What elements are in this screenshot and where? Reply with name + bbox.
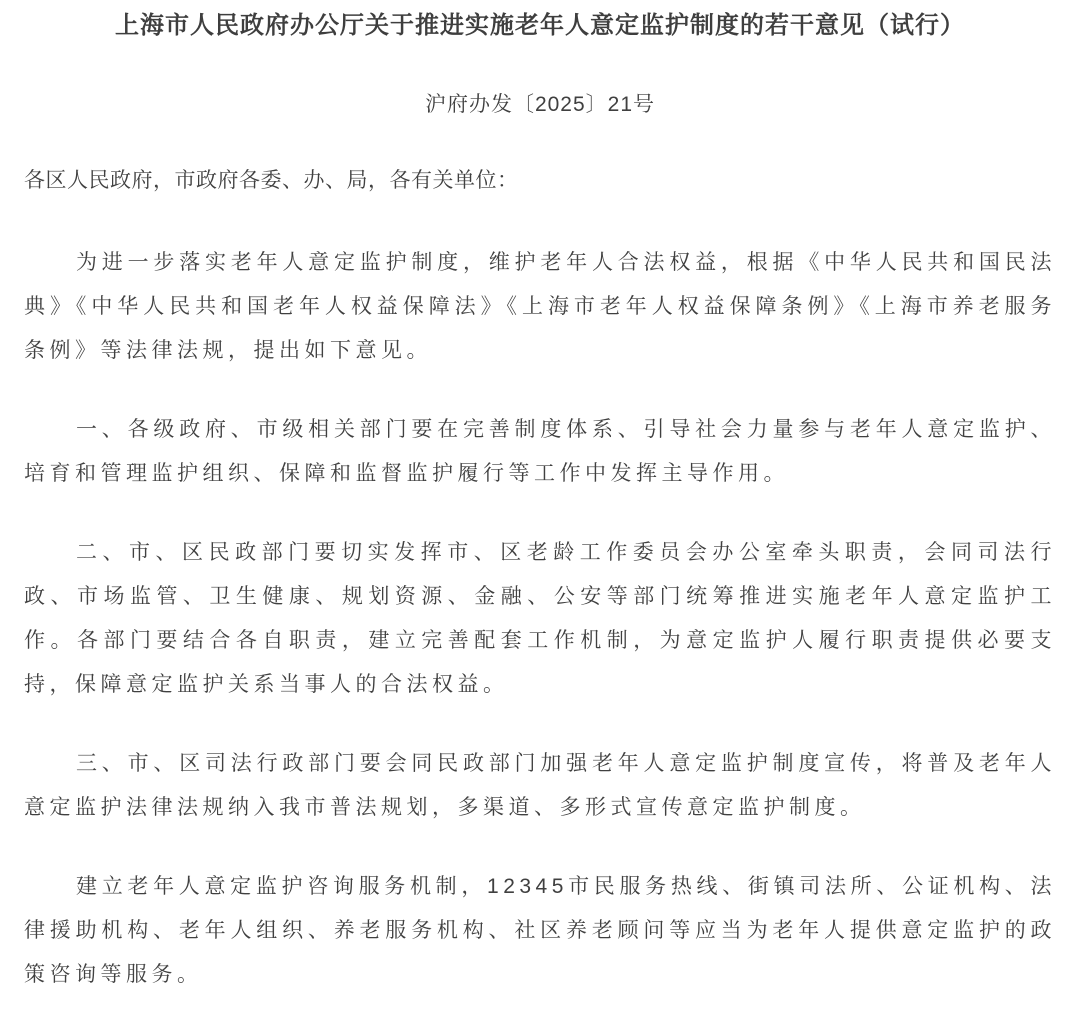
paragraph-consult-service: 建立老年人意定监护咨询服务机制，12345市民服务热线、街镇司法所、公证机构、法… xyxy=(24,865,1056,997)
document-page: 上海市人民政府办公厅关于推进实施老年人意定监护制度的若干意见（试行） 沪府办发〔… xyxy=(0,0,1080,1012)
paragraph-section-1: 一、各级政府、市级相关部门要在完善制度体系、引导社会力量参与老年人意定监护、培育… xyxy=(24,408,1056,496)
document-title: 上海市人民政府办公厅关于推进实施老年人意定监护制度的若干意见（试行） xyxy=(24,0,1056,44)
document-number: 沪府办发〔2025〕21号 xyxy=(24,83,1056,127)
paragraph-section-2: 二、市、区民政部门要切实发挥市、区老龄工作委员会办公室牵头职责，会同司法行政、市… xyxy=(24,531,1056,707)
paragraph-section-3: 三、市、区司法行政部门要会同民政部门加强老年人意定监护制度宣传，将普及老年人意定… xyxy=(24,742,1056,830)
salutation-line: 各区人民政府，市政府各委、办、局，各有关单位： xyxy=(24,159,1056,203)
paragraph-intro: 为进一步落实老年人意定监护制度，维护老年人合法权益，根据《中华人民共和国民法典》… xyxy=(24,241,1056,373)
